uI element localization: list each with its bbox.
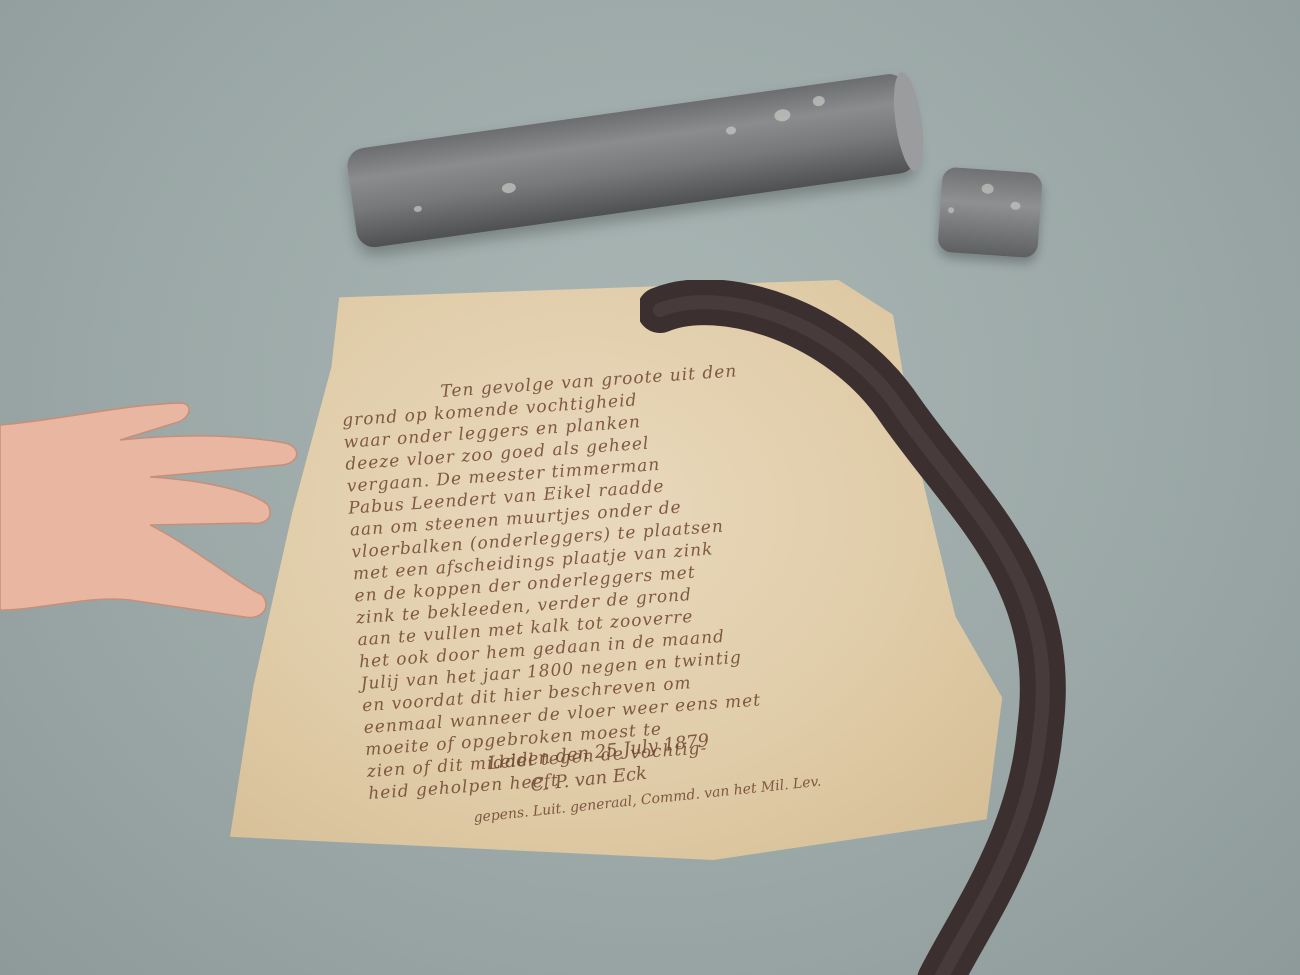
- metal-tube: [345, 72, 918, 250]
- hand: [0, 395, 310, 645]
- tube-opening: [889, 70, 929, 173]
- tube-cap: [937, 167, 1043, 259]
- velvet-cord: [640, 280, 1080, 975]
